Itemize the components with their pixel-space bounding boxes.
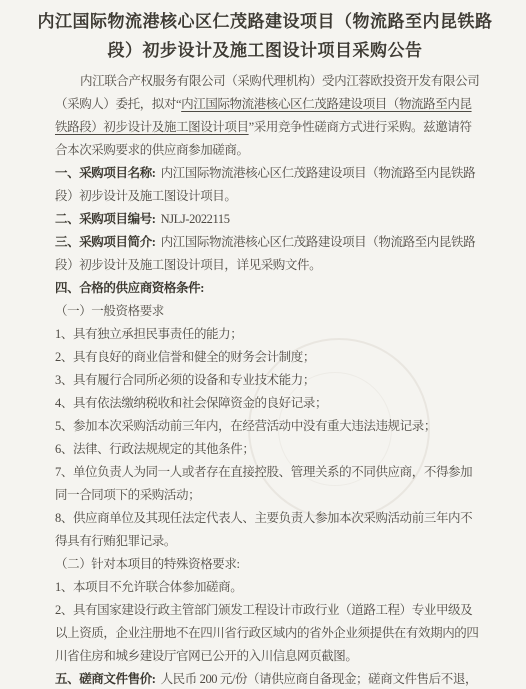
special-qualification-item-2: 2、具有国家建设行政主管部门颁发工程设计市政行业（道路工程）专业甲级及 [55, 599, 475, 622]
special-qualification-item-text: 以上资质，企业注册地不在四川省行政区域内的省外企业须提供在有效期内的四 [55, 626, 479, 640]
section-3-label: 三、采购项目简介: [55, 235, 156, 249]
special-qualification-item-text: 1、本项目不允许联合体参加磋商。 [55, 580, 242, 594]
qualification-item-text: 1、具有独立承担民事责任的能力； [55, 327, 242, 341]
section-1-text: 段）初步设计及施工图设计项目。 [55, 189, 237, 203]
document-title-line-1: 内江国际物流港核心区仁茂路建设项目（物流路至内昆铁路 [20, 7, 510, 36]
qualification-item-text: 4、具有依法缴纳税收和社会保障资金的良好记录； [55, 396, 327, 410]
qualification-item: 5、参加本次采购活动前三年内，在经营活动中没有重大违法违规记录； [55, 415, 475, 438]
underlined-project-name: 内江国际物流港核心区仁茂路建设项目（物流路至内昆 [181, 97, 471, 111]
qualification-item-text: 得具有行贿犯罪记录。 [55, 534, 176, 548]
qualification-item-8-wrap: 得具有行贿犯罪记录。 [55, 530, 475, 553]
qualification-item-7: 7、单位负责人为同一人或者存在直接控股、管理关系的不同供应商，不得参加 [55, 461, 475, 484]
qualification-item: 3、具有履行合同所必须的设备和专业技术能力； [55, 369, 475, 392]
intro-line-3: 铁路段）初步设计及施工图设计项目”采用竞争性磋商方式进行采购。兹邀请符 [55, 116, 475, 139]
qualification-item-text: 同一合同项下的采购活动； [55, 488, 200, 502]
procurement-announcement-page: 内江国际物流港核心区仁茂路建设项目（物流路至内昆铁路 段）初步设计及施工图设计项… [0, 0, 526, 689]
qualification-item-text: 5、参加本次采购活动前三年内，在经营活动中没有重大违法违规记录； [55, 419, 436, 433]
qualification-item-text: 6、法律、行政法规规定的其他条件； [55, 442, 254, 456]
qualification-item: 4、具有依法缴纳税收和社会保障资金的良好记录； [55, 392, 475, 415]
qualification-item-7-wrap: 同一合同项下的采购活动； [55, 484, 475, 507]
special-qualifications-header: （二）针对本项目的特殊资格要求: [55, 553, 475, 576]
section-3-text: 内江国际物流港核心区仁茂路建设项目（物流路至内昆铁路 [161, 235, 476, 249]
qualification-item-text: 7、单位负责人为同一人或者存在直接控股、管理关系的不同供应商，不得参加 [55, 465, 472, 479]
general-qualifications-header-text: （一）一般资格要求 [55, 304, 164, 318]
qualification-item-8: 8、供应商单位及其现任法定代表人、主要负责人参加本次采购活动前三年内不 [55, 507, 475, 530]
section-3-project-brief: 三、采购项目简介:内江国际物流港核心区仁茂路建设项目（物流路至内昆铁路 [55, 231, 475, 254]
intro-text: 内江联合产权服务有限公司（采购代理机构）受内江蓉欧投资开发有限公司 [80, 74, 479, 88]
section-4-supplier-qualifications: 四、合格的供应商资格条件: [55, 277, 475, 300]
special-qualification-item-text: 川省住房和城乡建设厅官网已公开的入川信息网页截图。 [55, 649, 358, 663]
special-qualification-item-text: 2、具有国家建设行政主管部门颁发工程设计市政行业（道路工程）专业甲级及 [55, 603, 472, 617]
section-5-document-price: 五、磋商文件售价:人民币 200 元/份（请供应商自备现金；磋商文件售后不退， [55, 668, 475, 689]
special-qualifications-header-text: （二）针对本项目的特殊资格要求: [55, 557, 240, 571]
qualification-item-text: 8、供应商单位及其现任法定代表人、主要负责人参加本次采购活动前三年内不 [55, 511, 472, 525]
section-3-text: 段）初步设计及施工图设计项目，详见采购文件。 [55, 258, 321, 272]
section-5-label: 五、磋商文件售价: [55, 672, 156, 686]
qualification-item: 2、具有良好的商业信誉和健全的财务会计制度； [55, 346, 475, 369]
qualification-item: 6、法律、行政法规规定的其他条件； [55, 438, 475, 461]
qualification-item-text: 3、具有履行合同所必须的设备和专业技术能力； [55, 373, 315, 387]
intro-line-4: 合本次采购要求的供应商参加磋商。 [55, 139, 475, 162]
qualification-item: 1、具有独立承担民事责任的能力； [55, 323, 475, 346]
qualification-item-text: 2、具有良好的商业信誉和健全的财务会计制度； [55, 350, 315, 364]
intro-text: ”采用竞争性磋商方式进行采购。兹邀请符 [249, 120, 472, 134]
special-qualification-item-2-wrap: 川省住房和城乡建设厅官网已公开的入川信息网页截图。 [55, 645, 475, 668]
intro-line-1: 内江联合产权服务有限公司（采购代理机构）受内江蓉欧投资开发有限公司 [55, 70, 475, 93]
document-body: 内江联合产权服务有限公司（采购代理机构）受内江蓉欧投资开发有限公司 （采购人）委… [55, 70, 475, 689]
section-3-project-brief-wrap: 段）初步设计及施工图设计项目，详见采购文件。 [55, 254, 475, 277]
intro-line-2: （采购人）委托，拟对“内江国际物流港核心区仁茂路建设项目（物流路至内昆 [55, 93, 475, 116]
intro-text: （采购人）委托，拟对“ [55, 97, 181, 111]
section-2-project-number: 二、采购项目编号:NJLJ-2022115 [55, 208, 475, 231]
general-qualifications-header: （一）一般资格要求 [55, 300, 475, 323]
section-1-text: 内江国际物流港核心区仁茂路建设项目（物流路至内昆铁路 [161, 166, 476, 180]
section-1-project-name-wrap: 段）初步设计及施工图设计项目。 [55, 185, 475, 208]
document-price-text: 人民币 200 元/份（请供应商自备现金；磋商文件售后不退， [161, 672, 477, 686]
section-1-label: 一、采购项目名称: [55, 166, 156, 180]
special-qualification-item-2-wrap: 以上资质，企业注册地不在四川省行政区域内的省外企业须提供在有效期内的四 [55, 622, 475, 645]
document-title: 内江国际物流港核心区仁茂路建设项目（物流路至内昆铁路 段）初步设计及施工图设计项… [20, 7, 510, 65]
intro-text: 合本次采购要求的供应商参加磋商。 [55, 143, 249, 157]
special-qualification-item-1: 1、本项目不允许联合体参加磋商。 [55, 576, 475, 599]
section-1-project-name: 一、采购项目名称:内江国际物流港核心区仁茂路建设项目（物流路至内昆铁路 [55, 162, 475, 185]
document-title-line-2: 段）初步设计及施工图设计项目采购公告 [20, 36, 510, 65]
section-2-label: 二、采购项目编号: [55, 212, 156, 226]
project-number-value: NJLJ-2022115 [161, 212, 230, 226]
underlined-project-name: 铁路段）初步设计及施工图设计项目 [55, 120, 249, 134]
section-4-label: 四、合格的供应商资格条件: [55, 281, 204, 295]
